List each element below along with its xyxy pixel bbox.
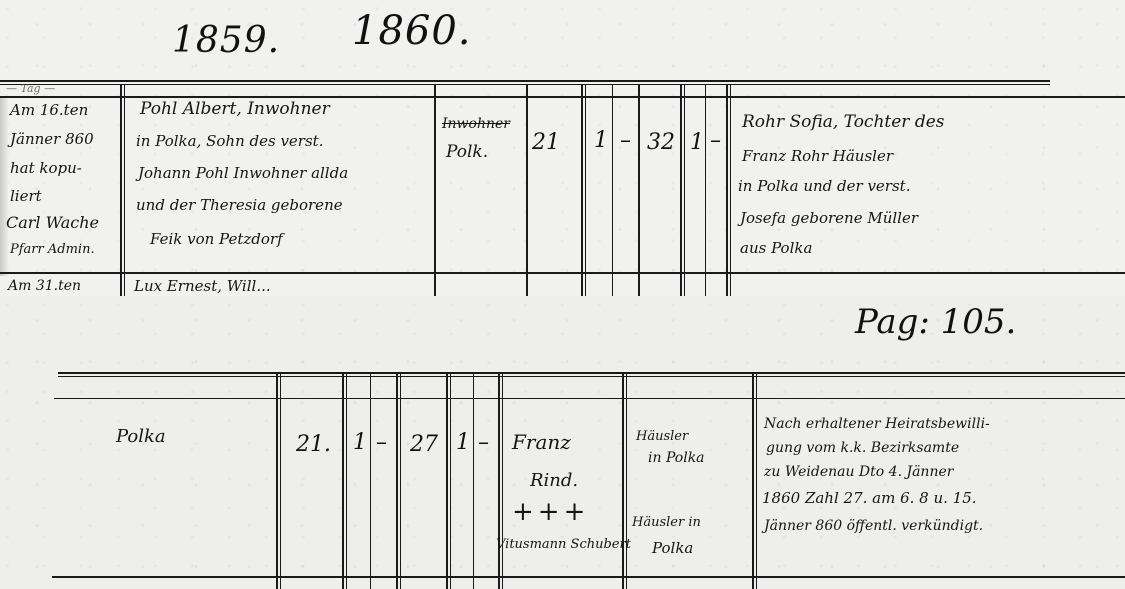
header-year-1860: 1860. [352, 8, 472, 54]
officiant-title: Pfarr Admin. [10, 237, 95, 262]
bride-line: Rohr Sofia, Tochter des [742, 110, 945, 135]
col-divider-double [280, 374, 281, 589]
groom-line: Feik von Petzdorf [150, 227, 283, 252]
groom-dash: – [620, 128, 631, 153]
col-divider [612, 84, 613, 296]
page-number: Pag: 105. [855, 302, 1016, 342]
col-divider [680, 84, 682, 296]
col-divider [638, 84, 640, 296]
header-rule [0, 80, 1050, 82]
col-divider-double [400, 374, 401, 589]
bride-residence: Polka [116, 424, 166, 449]
col-divider-double [124, 84, 125, 296]
date-line: liert [10, 184, 42, 209]
groom-dash: – [376, 430, 387, 455]
header-rule [58, 372, 1125, 374]
groom-catholic: 1 [594, 128, 608, 153]
bride-age: 27 [410, 432, 438, 457]
register-strip-top: 1859. 1860. — Tag — Am 16.ten Jänner 860… [0, 0, 1125, 296]
occupation-line: Polka [652, 536, 693, 561]
header-rule-double [0, 84, 1050, 85]
bride-age: 32 [647, 130, 675, 155]
scan-edge-shadow [0, 96, 8, 276]
col-divider-double [585, 84, 586, 296]
bride-dash: – [710, 128, 721, 153]
groom-age: 21 [532, 130, 560, 155]
col-divider [342, 374, 344, 589]
date-line: Jänner 860 [10, 127, 94, 152]
witness-1-surname: Rind. [530, 468, 578, 493]
col-divider [473, 374, 474, 589]
col-divider-double [684, 84, 685, 296]
occupation-line: in Polka [648, 446, 705, 471]
bride-line: aus Polka [740, 236, 812, 261]
register-strip-bottom: Pag: 105. Polka 21. 1 – 27 1 – Franz Rin… [0, 296, 1125, 589]
bride-catholic: 1 [690, 130, 704, 155]
date-line: hat kopu- [10, 156, 82, 181]
col-divider-double [450, 374, 451, 589]
groom-age: 21. [296, 432, 331, 457]
row-bottom-rule [52, 576, 1125, 578]
col-divider-double [756, 374, 757, 589]
col-divider-double [730, 84, 731, 296]
groom-line: in Polka, Sohn des verst. [136, 129, 323, 154]
col-divider [434, 84, 436, 296]
bride-dash: – [478, 430, 489, 455]
row-top-rule [54, 398, 1125, 399]
bride-line: Josefa geborene Müller [740, 206, 918, 231]
col-divider [752, 374, 754, 589]
witness-2-name: Vitusmann Schubert [496, 532, 631, 557]
header-year-1859: 1859. [172, 20, 280, 61]
groom-line: Johann Pohl Inwohner allda [138, 161, 348, 186]
col-divider [276, 374, 278, 589]
residence-place: Polk. [446, 140, 488, 165]
col-divider [526, 84, 528, 296]
col-divider [120, 84, 122, 296]
header-rule-double [58, 376, 1125, 377]
col-divider-double [346, 374, 347, 589]
remarks-line: 1860 Zahl 27. am 6. 8 u. 15. [762, 486, 977, 511]
col-divider [705, 84, 706, 296]
next-entry-date: Am 31.ten [8, 274, 81, 296]
col-divider [370, 374, 371, 589]
groom-line: Pohl Albert, Inwohner [140, 97, 330, 122]
groom-line: und der Theresia geborene [136, 193, 343, 218]
residence-crossed: Inwohner [442, 112, 510, 137]
date-line: Am 16.ten [10, 98, 88, 123]
col-divider [581, 84, 583, 296]
col-divider [396, 374, 398, 589]
occupation-line: Häusler in [632, 510, 701, 535]
groom-catholic: 1 [353, 430, 367, 455]
bride-line: in Polka und der verst. [738, 174, 910, 199]
remarks-line: zu Weidenau Dto 4. Jänner [764, 460, 953, 485]
col-divider [726, 84, 728, 296]
witness-1-name: Franz [512, 430, 571, 455]
next-entry-groom: Lux Ernest, Will... [134, 274, 271, 296]
officiant-name: Carl Wache [6, 210, 99, 235]
col-divider [446, 374, 448, 589]
remarks-line: Nach erhaltener Heiratsbewilli- [764, 412, 990, 437]
bride-line: Franz Rohr Häusler [742, 144, 893, 169]
witness-mark-crosses: +++ [512, 500, 589, 525]
remarks-line: gung vom k.k. Bezirksamte [766, 436, 959, 461]
bride-catholic: 1 [456, 430, 470, 455]
remarks-line: Jänner 860 öffentl. verkündigt. [764, 514, 983, 539]
